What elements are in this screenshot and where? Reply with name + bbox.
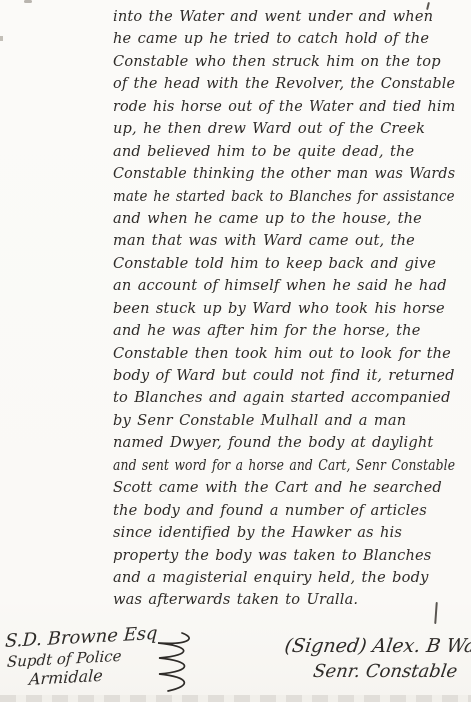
signature-rank: Senr. Constable	[311, 659, 471, 685]
scan-edge-band	[0, 695, 471, 702]
pen-flourish-squiggle	[138, 630, 190, 694]
manuscript-line: he came up he tried to catch hold of the	[113, 28, 455, 50]
manuscript-line: and a magisterial enquiry held, the body	[113, 567, 455, 589]
edge-smudge	[0, 36, 3, 41]
manuscript-line: and he was after him for the horse, the	[113, 320, 455, 342]
manuscript-line: and sent word for a horse and Cart, Senr…	[113, 455, 403, 477]
paper-smudge	[24, 0, 32, 3]
manuscript-line: since identified by the Hawker as his	[113, 522, 455, 544]
manuscript-line: man that was with Ward came out, the	[113, 230, 455, 252]
stray-pen-stroke	[434, 602, 438, 624]
manuscript-line: named Dwyer, found the body at daylight	[113, 432, 455, 454]
manuscript-line: was afterwards taken to Uralla.	[113, 589, 455, 611]
manuscript-line: an account of himself when he said he ha…	[113, 275, 455, 297]
manuscript-line: Constable who then struck him on the top	[113, 51, 455, 73]
manuscript-line: by Senr Constable Mulhall and a man	[113, 410, 455, 432]
manuscript-line: up, he then drew Ward out of the Creek	[113, 118, 455, 140]
manuscript-line: into the Water and went under and when	[113, 6, 455, 28]
signature-block: (Signed) Alex. B Walker Senr. Constable	[279, 633, 471, 685]
manuscript-line: mate he started back to Blanches for ass…	[113, 186, 427, 208]
manuscript-line: property the body was taken to Blanches	[113, 545, 455, 567]
manuscript-line: of the head with the Revolver, the Const…	[113, 73, 451, 95]
manuscript-line: Constable then took him out to look for …	[113, 343, 455, 365]
manuscript-line: been stuck up by Ward who took his horse	[113, 298, 455, 320]
manuscript-line: the body and found a number of articles	[113, 500, 455, 522]
manuscript-line: Constable told him to keep back and give	[113, 253, 455, 275]
manuscript-line: and believed him to be quite dead, the	[113, 141, 455, 163]
manuscript-line: Scott came with the Cart and he searched	[113, 477, 455, 499]
signature-name: (Signed) Alex. B Walker	[283, 633, 471, 659]
addressee-block: S.D. Browne Esq Supdt of Police Armidale	[3, 623, 158, 690]
manuscript-line: rode his horse out of the Water and tied…	[113, 96, 449, 118]
manuscript-line: Constable thinking the other man was War…	[113, 163, 448, 185]
manuscript-line: body of Ward but could not find it, retu…	[113, 365, 454, 387]
manuscript-line: to Blanches and again started accompanie…	[113, 387, 455, 409]
manuscript-page: into the Water and went under and whenhe…	[0, 0, 471, 702]
manuscript-line: and when he came up to the house, the	[113, 208, 455, 230]
manuscript-text: into the Water and went under and whenhe…	[113, 6, 455, 612]
